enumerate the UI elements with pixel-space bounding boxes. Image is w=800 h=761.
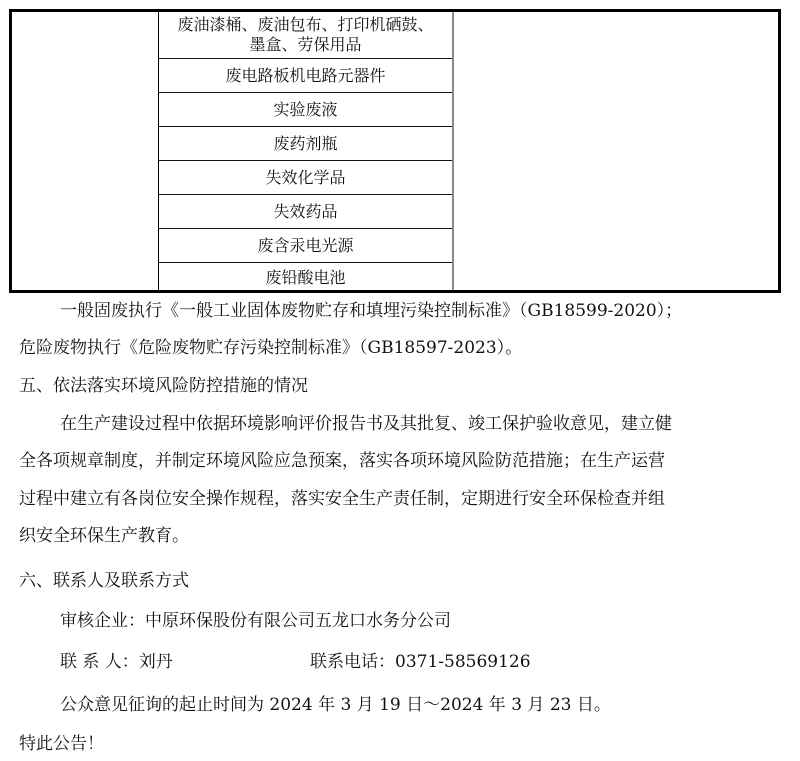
table-cell: 废药剂瓶 (273, 134, 337, 154)
table-cell: 失效化学品 (265, 168, 345, 188)
consultation-period: 公众意见征询的起止时间为 2024 年 3 月 19 日～2024 年 3 月 … (60, 687, 800, 724)
table-cell-line: 废油漆桶、废油包布、打印机硒鼓、 (177, 15, 433, 35)
company-line: 审核企业：中原环保股份有限公司五龙口水务分公司 (60, 603, 800, 640)
table-row: 废含汞电光源 (159, 229, 452, 263)
table-row: 废油漆桶、废油包布、打印机硒鼓、 墨盒、劳保用品 (159, 12, 452, 59)
contact-phone: 联系电话：0371-58569126 (310, 644, 531, 681)
section-5-line: 织安全环保生产教育。 (19, 518, 781, 555)
section-5-line: 全各项规章制度，并制定环境风险应急预案，落实各项环境风险防范措施；在生产运营 (19, 443, 781, 480)
waste-type-column: 废油漆桶、废油包布、打印机硒鼓、 墨盒、劳保用品 废电路板机电路元器件 实验废液… (158, 12, 454, 290)
table-row: 失效化学品 (159, 161, 452, 195)
table-row: 废药剂瓶 (159, 127, 452, 161)
standards-line-1: 一般固废执行《一般工业固体废物贮存和填埋污染控制标准》（GB18599-2020… (60, 293, 800, 330)
table-cell: 实验废液 (273, 100, 337, 120)
table-row: 废电路板机电路元器件 (159, 59, 452, 93)
table-cell: 失效药品 (273, 202, 337, 222)
section-5-heading: 五、依法落实环境风险防控措施的情况 (19, 368, 781, 405)
table-cell: 废电路板机电路元器件 (225, 66, 385, 86)
section-5-line: 在生产建设过程中依据环境影响评价报告书及其批复、竣工保护验收意见，建立健 (60, 406, 800, 443)
table-cell: 废铅酸电池 (265, 268, 345, 288)
table-row: 失效药品 (159, 195, 452, 229)
table-row: 实验废液 (159, 93, 452, 127)
table-cell: 废含汞电光源 (257, 236, 353, 256)
table-cell-line: 墨盒、劳保用品 (249, 35, 361, 55)
standards-line-2: 危险废物执行《危险废物贮存污染控制标准》（GB18597-2023）。 (19, 330, 781, 367)
closing-text: 特此公告！ (19, 726, 781, 761)
section-6-heading: 六、联系人及联系方式 (19, 563, 781, 600)
table-row: 废铅酸电池 (159, 263, 452, 293)
section-5-line: 过程中建立有各岗位安全操作规程，落实安全生产责任制，定期进行安全环保检查并组 (19, 481, 781, 518)
waste-table: 废油漆桶、废油包布、打印机硒鼓、 墨盒、劳保用品 废电路板机电路元器件 实验废液… (9, 9, 781, 293)
